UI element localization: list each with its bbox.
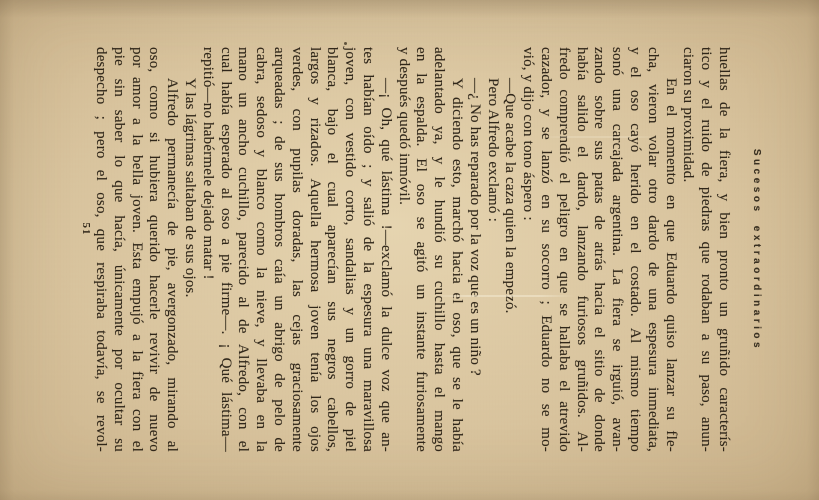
text-line: blanca, bajo el cual aparecían sus negro… [323, 47, 341, 452]
text-line: vió, y dijo con tono áspero : [518, 47, 536, 452]
text-line: fredo comprendió el peligro en que se ha… [554, 47, 572, 452]
text-line: Alfredo permanecía de pie, avergonzado, … [163, 47, 181, 452]
text-line: Pero Alfredo exclamó : [483, 47, 501, 452]
text-line: por amor a la bella joven. Esta empujó a… [127, 47, 145, 452]
text-line: En el momento en que Eduardo quiso lanza… [661, 47, 679, 452]
text-line: despecho ; pero el oso, que respiraba to… [91, 47, 109, 452]
text-line: cha, vieron volar otro dardo de una espe… [643, 47, 661, 452]
text-line: —¡ Oh, qué lástima !—exclamó la dulce vo… [376, 47, 394, 452]
text-line: zando sobre sus patas de atrás hacia el … [590, 47, 608, 452]
page-number: 51 [80, 47, 92, 411]
text-line: Y las lágrimas saltaban de sus ojos. [180, 47, 198, 452]
rotated-page-content: Sucesos extraordinarios huellas de la fi… [0, 0, 819, 500]
text-line: cabra, sedoso y blanco como la nieve, y … [251, 47, 269, 452]
text-line: ciaron su proximidad. [679, 47, 697, 452]
text-line: cazador, y se lanzó en su socorro ; Edua… [536, 47, 554, 452]
text-line: cual había esperado al oso a pie firme—.… [216, 47, 234, 452]
text-line: largos y rizados. Aquella hermosa joven … [305, 47, 323, 452]
text-line: mano un ancho cuchillo, parecido al de A… [234, 47, 252, 452]
text-line: sonó una carcajada argentina. La fiera s… [607, 47, 625, 452]
text-line: huellas de la fiera, y bien pronto un gr… [714, 47, 732, 452]
text-line: y el oso cayó herido en el costado. Al m… [625, 47, 643, 452]
text-line: —¿ No has reparado por la voz que es un … [465, 47, 483, 452]
running-header: Sucesos extraordinarios [750, 40, 762, 460]
text-line: oso, como si hubiera querido hacerle rev… [145, 47, 163, 452]
text-line: pie sin saber lo que hacía, únicamente p… [109, 47, 127, 452]
text-line: —Que acabe la caza quien la empezó. [501, 47, 519, 452]
text-line: adelantado ya, y le hundió su cuchillo h… [429, 47, 447, 452]
scanned-book-page: Sucesos extraordinarios huellas de la fi… [0, 0, 819, 500]
text-line: había salido el dardo, lanzando furiosos… [572, 47, 590, 452]
text-line: repitió—no habérmele dejado matar ! [198, 47, 216, 452]
text-line: verdes, con pupilas doradas, las cejas g… [287, 47, 305, 452]
text-line: arqueadas ; de sus hombros caía un abrig… [269, 47, 287, 452]
text-line: en la espalda. El oso se agitó un instan… [412, 47, 430, 452]
text-line: Y diciendo esto, marchó hacia el oso, qu… [447, 47, 465, 452]
text-line: tico y el ruido de piedras que rodaban a… [696, 47, 714, 452]
text-line: joven, con vestido corto, sandalias y un… [340, 47, 358, 452]
text-line: y después quedó inmóvil. [394, 47, 412, 452]
body-text-block: huellas de la fiera, y bien pronto un gr… [91, 47, 732, 452]
text-line: tes habían oído ; y salió de la espesura… [358, 47, 376, 452]
